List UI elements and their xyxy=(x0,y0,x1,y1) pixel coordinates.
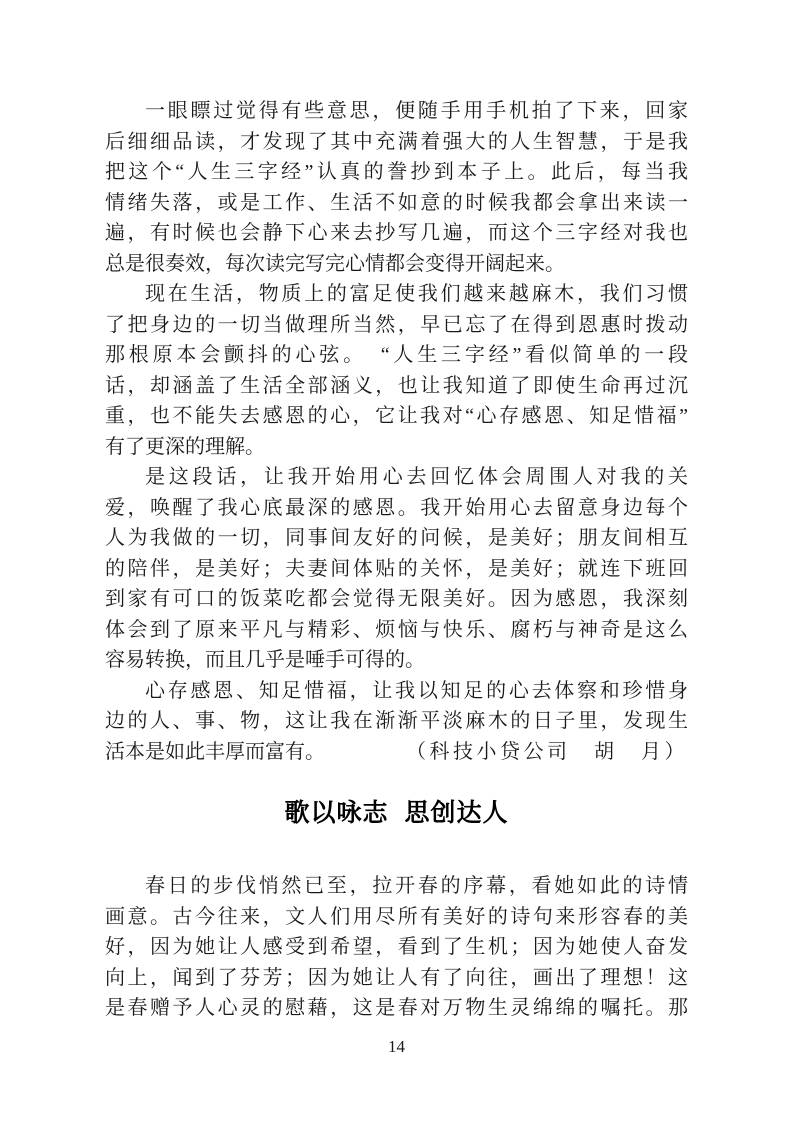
text-line: 爱，唤醒了我心底最深的感恩。我开始用心去留意身边每个 xyxy=(105,493,688,524)
article-1-paragraphs: 一眼瞟过觉得有些意思，便随手用手机拍了下来，回家后细细品读，才发现了其中充满着强… xyxy=(105,96,688,767)
text-line: 重，也不能失去感恩的心，它让我对“心存感恩、知足惜福” xyxy=(105,401,688,432)
text-line: 体会到了原来平凡与精彩、烦恼与快乐、腐朽与神奇是这么 xyxy=(105,615,688,646)
paragraph: 一眼瞟过觉得有些意思，便随手用手机拍了下来，回家后细细品读，才发现了其中充满着强… xyxy=(105,96,688,279)
text-line: 话，却涵盖了生活全部涵义，也让我知道了即使生命再过沉 xyxy=(105,371,688,402)
document-page: 一眼瞟过觉得有些意思，便随手用手机拍了下来，回家后细细品读，才发现了其中充满着强… xyxy=(0,0,793,1122)
text-line: 心存感恩、知足惜福，让我以知足的心去体察和珍惜身 xyxy=(105,676,688,707)
text-line: 边的人、事、物，这让我在渐渐平淡麻木的日子里，发现生 xyxy=(105,706,688,737)
article-2-paragraphs: 春日的步伐悄然已至，拉开春的序幕，看她如此的诗情画意。古今往来，文人们用尽所有美… xyxy=(105,871,688,1024)
text-line: 是这段话，让我开始用心去回忆体会周围人对我的关 xyxy=(105,462,688,493)
text-line: 是春赠予人心灵的慰藉，这是春对万物生灵绵绵的嘱托。那 xyxy=(105,993,688,1024)
text-line: 画意。古今往来，文人们用尽所有美好的诗句来形容春的美 xyxy=(105,902,688,933)
closing-text: 活本是如此丰厚而富有。 xyxy=(105,737,325,768)
text-line: 现在生活，物质上的富足使我们越来越麻木，我们习惯 xyxy=(105,279,688,310)
text-line: 那根原本会颤抖的心弦。 “人生三字经”看似简单的一段 xyxy=(105,340,688,371)
article-1: 一眼瞟过觉得有些意思，便随手用手机拍了下来，回家后细细品读，才发现了其中充满着强… xyxy=(105,96,688,767)
text-line: 向上，闻到了芬芳；因为她让人有了向往，画出了理想！这 xyxy=(105,963,688,994)
text-line: 人为我做的一切，同事间友好的问候，是美好；朋友间相互 xyxy=(105,523,688,554)
text-line: 有了更深的理解。 xyxy=(105,432,688,463)
closing-attribution: （科技小贷公司 胡 月） xyxy=(406,737,688,768)
paragraph: 现在生活，物质上的富足使我们越来越麻木，我们习惯了把身边的一切当做理所当然，早已… xyxy=(105,279,688,462)
text-line: 的陪伴，是美好；夫妻间体贴的关怀，是美好；就连下班回 xyxy=(105,554,688,585)
paragraph: 心存感恩、知足惜福，让我以知足的心去体察和珍惜身边的人、事、物，这让我在渐渐平淡… xyxy=(105,676,688,768)
text-line: 到家有可口的饭菜吃都会觉得无限美好。因为感恩，我深刻 xyxy=(105,584,688,615)
article-2: 春日的步伐悄然已至，拉开春的序幕，看她如此的诗情画意。古今往来，文人们用尽所有美… xyxy=(105,871,688,1024)
text-line: 春日的步伐悄然已至，拉开春的序幕，看她如此的诗情 xyxy=(105,871,688,902)
paragraph: 春日的步伐悄然已至，拉开春的序幕，看她如此的诗情画意。古今往来，文人们用尽所有美… xyxy=(105,871,688,1024)
closing-line: 活本是如此丰厚而富有。（科技小贷公司 胡 月） xyxy=(105,737,688,768)
text-line: 一眼瞟过觉得有些意思，便随手用手机拍了下来，回家 xyxy=(105,96,688,127)
text-block: 一眼瞟过觉得有些意思，便随手用手机拍了下来，回家后细细品读，才发现了其中充满着强… xyxy=(105,96,688,1024)
text-line: 把这个“人生三字经”认真的誊抄到本子上。此后，每当我 xyxy=(105,157,688,188)
text-line: 容易转换，而且几乎是唾手可得的。 xyxy=(105,645,688,676)
text-line: 后细细品读，才发现了其中充满着强大的人生智慧，于是我 xyxy=(105,127,688,158)
page-number: 14 xyxy=(0,1036,793,1058)
text-line: 遍，有时候也会静下心来去抄写几遍，而这个三字经对我也 xyxy=(105,218,688,249)
text-line: 了把身边的一切当做理所当然，早已忘了在得到恩惠时拨动 xyxy=(105,310,688,341)
paragraph: 是这段话，让我开始用心去回忆体会周围人对我的关爱，唤醒了我心底最深的感恩。我开始… xyxy=(105,462,688,676)
text-line: 好，因为她让人感受到希望，看到了生机；因为她使人奋发 xyxy=(105,932,688,963)
article-2-title: 歌以咏志 思创达人 xyxy=(105,793,688,833)
text-line: 情绪失落，或是工作、生活不如意的时候我都会拿出来读一 xyxy=(105,188,688,219)
text-line: 总是很奏效，每次读完写完心情都会变得开阔起来。 xyxy=(105,249,688,280)
